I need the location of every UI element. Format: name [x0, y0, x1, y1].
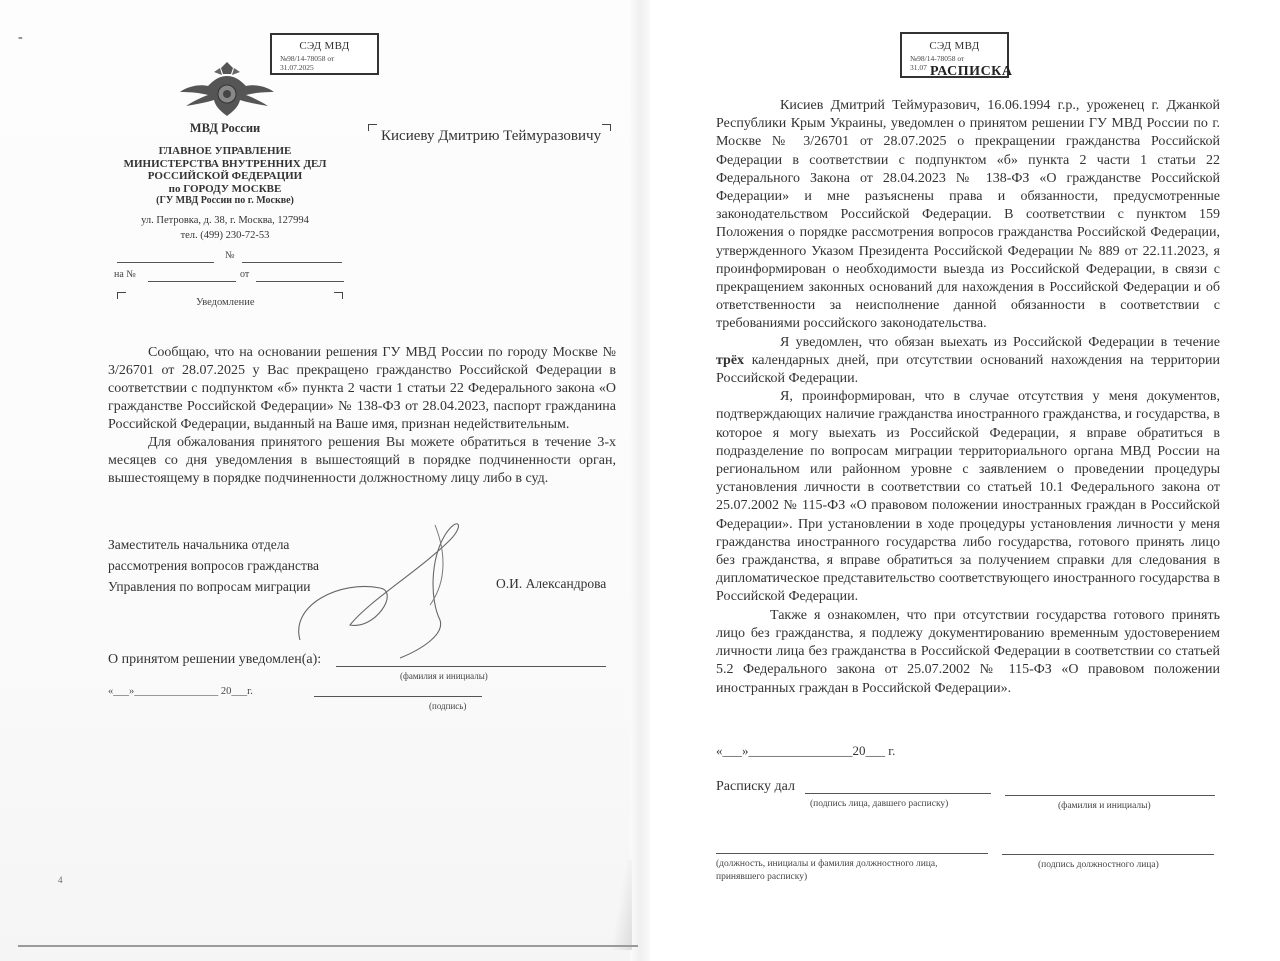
bracket-corner — [117, 292, 126, 299]
acknowledgement-name-line — [336, 666, 606, 667]
org-full-name: ГЛАВНОЕ УПРАВЛЕНИЕ МИНИСТЕРСТВА ВНУТРЕНН… — [100, 145, 350, 208]
receipt-date-field: «___»________________20___ г. — [716, 743, 895, 759]
bracket-corner — [334, 292, 343, 299]
official-signature-caption: (подпись должностного лица) — [1038, 860, 1159, 870]
acknowledgement-signature-line — [314, 696, 482, 697]
receipt-given-label: Расписку дал — [716, 779, 795, 795]
name-caption: (фамилия и инициалы) — [400, 671, 488, 681]
document-type: Уведомление — [196, 297, 255, 308]
official-signature-line — [1002, 854, 1214, 855]
paragraph-notification: Кисиев Дмитрий Теймуразович, 16.06.1994 … — [716, 97, 1220, 334]
from-date-line — [256, 281, 344, 282]
stamp-number: №98/14-78058 от31.07.2025 — [280, 54, 377, 72]
receipt-title: РАСПИСКА — [930, 64, 1012, 80]
reply-number-label: на № — [114, 269, 136, 280]
addressee-name: Кисиеву Дмитрию Теймуразовичу — [381, 128, 601, 145]
signatory-name: О.И. Александрова — [496, 576, 606, 592]
signature-caption: (подпись) — [429, 701, 466, 711]
paragraph-stateless-document: Также я ознакомлен, что при отсутствии г… — [716, 607, 1220, 698]
acknowledgement-date-field: «___»________________ 20___г. — [108, 686, 253, 697]
number-label: № — [225, 250, 235, 261]
paragraph-departure: Я уведомлен, что обязан выехать из Росси… — [716, 334, 1220, 389]
from-label: от — [240, 269, 249, 280]
stamp-title: СЭД МВД — [272, 40, 377, 52]
stamp-title: СЭД МВД — [902, 40, 1007, 52]
paragraph-decision: Сообщаю, что на основании решения ГУ МВД… — [108, 344, 616, 434]
bracket-corner — [368, 124, 377, 131]
outgoing-number-line — [117, 262, 214, 263]
org-phone: тел. (499) 230-72-53 — [100, 230, 350, 243]
page-bottom-edge — [18, 945, 638, 947]
number-value-line — [242, 262, 342, 263]
notification-page: - СЭД МВД №98/14-78058 от31.07.2025 МВД … — [0, 0, 635, 961]
giver-name-line — [1005, 795, 1215, 796]
official-details-caption: (должность, инициалы и фамилия должностн… — [716, 858, 976, 884]
notification-body: Сообщаю, что на основании решения ГУ МВД… — [108, 344, 616, 488]
giver-signature-caption: (подпись лица, давшего расписку) — [810, 799, 948, 809]
paragraph-appeal: Для обжалования принятого решения Вы мож… — [108, 434, 616, 488]
bracket-corner — [602, 124, 611, 131]
giver-name-caption: (фамилия и инициалы) — [1058, 801, 1151, 811]
official-details-line — [716, 853, 988, 854]
acknowledgement-label: О принятом решении уведомлен(а): — [108, 652, 321, 668]
handwritten-signature-icon — [280, 510, 480, 660]
reply-number-line — [148, 281, 236, 282]
receipt-body: Кисиев Дмитрий Теймуразович, 16.06.1994 … — [716, 97, 1220, 698]
org-short-name: МВД России — [100, 122, 350, 135]
page-fold-shadow — [612, 860, 632, 950]
paragraph-identity-procedure: Я, проинформирован, что в случае отсутст… — [716, 388, 1220, 606]
giver-signature-line — [805, 793, 991, 794]
page-gutter — [630, 0, 650, 961]
org-address: ул. Петровка, д. 38, г. Москва, 127994 — [100, 215, 350, 228]
mvd-eagle-emblem-icon — [178, 62, 276, 118]
page-mark: 4 — [58, 875, 63, 885]
scan-mark: - — [18, 30, 23, 46]
registration-stamp: СЭД МВД №98/14-78058 от31.07.2025 — [270, 33, 379, 75]
